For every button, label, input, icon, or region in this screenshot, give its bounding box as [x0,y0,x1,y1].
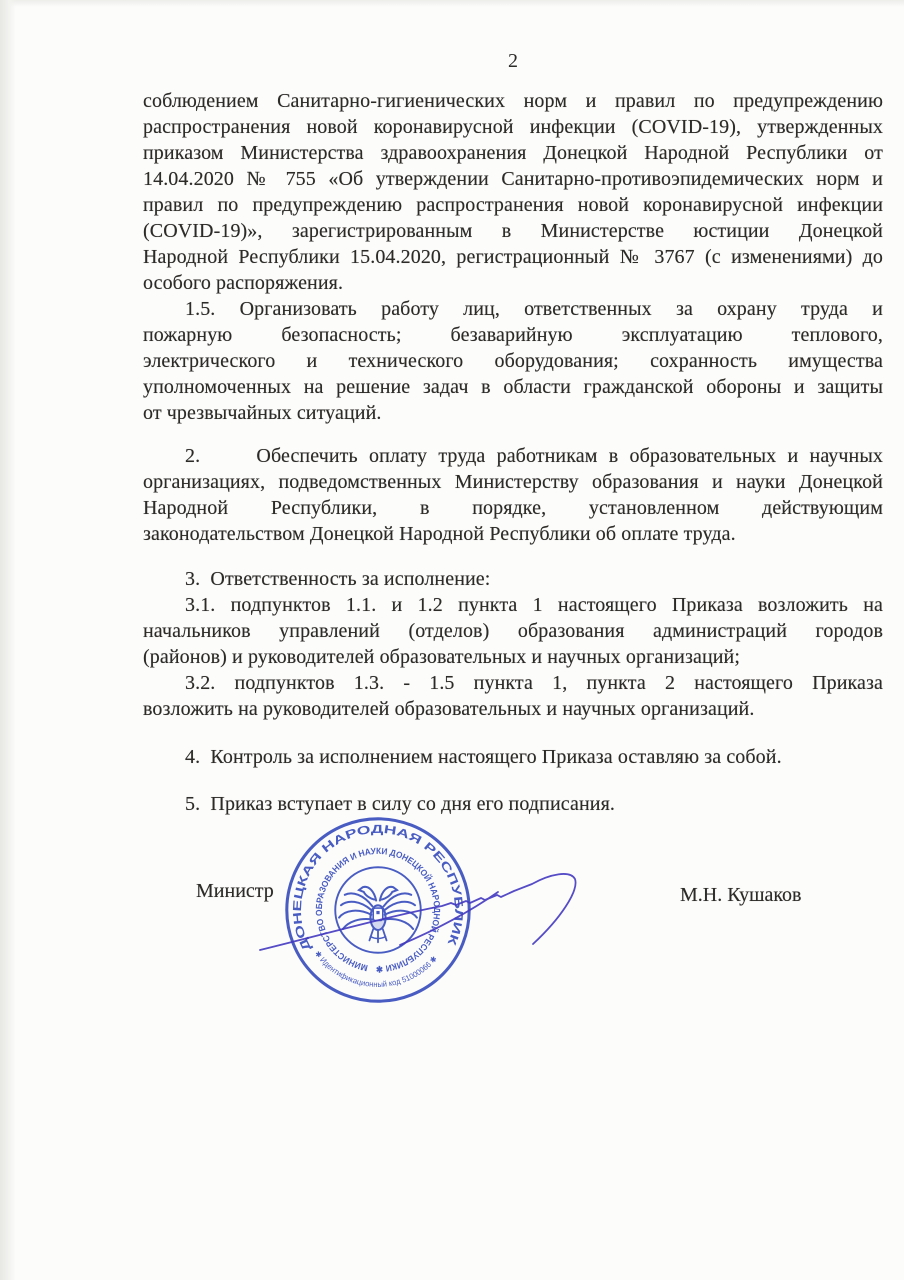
text-line: 2. Обеспечить оплату труда работникам в … [143,443,883,469]
scan-edge-left [0,0,16,1280]
text-line: соблюдением Санитарно-гигиенических норм… [143,88,883,114]
signature-main-stroke [260,874,576,950]
text-line: 4. Контроль за исполнением настоящего Пр… [143,744,883,770]
text-line: начальников управлений (отделов) образов… [143,618,883,644]
scanned-document-page: 2 соблюдением Санитарно-гигиенических но… [0,0,904,1280]
text-line: уполномоченных на решение задач в област… [143,374,883,400]
paragraph: 3.1. подпунктов 1.1. и 1.2 пункта 1 наст… [143,592,883,670]
text-line: 3.2. подпунктов 1.3. - 1.5 пункта 1, пун… [143,670,883,696]
text-line: пожарную безопасность; безаварийную эксп… [143,322,883,348]
text-line: Народной Республики 15.04.2020, регистра… [143,244,883,270]
text-line: 14.04.2020 № 755 «Об утверждении Санитар… [143,166,883,192]
text-line: (районов) и руководителей образовательны… [143,644,883,670]
text-line: от чрезвычайных ситуаций. [143,400,883,426]
text-line: организациях, подведомственных Министерс… [143,469,883,495]
text-line: электрического и технического оборудован… [143,348,883,374]
signer-name: М.Н. Кушаков [680,884,801,907]
text-line: возложить на руководителей образовательн… [143,696,883,722]
scan-edge-top [0,0,904,7]
page-number: 2 [143,50,883,73]
paragraph: 1.5. Организовать работу лиц, ответствен… [143,296,883,426]
text-line: особого распоряжения. [143,270,883,296]
paragraph: 3.2. подпунктов 1.3. - 1.5 пункта 1, пун… [143,670,883,722]
paragraph: 5. Приказ вступает в силу со дня его под… [143,791,883,817]
text-line: Народной Республики, в порядке, установл… [143,495,883,521]
paragraph: соблюдением Санитарно-гигиенических норм… [143,88,883,296]
text-line: 3.1. подпунктов 1.1. и 1.2 пункта 1 наст… [143,592,883,618]
text-line: 5. Приказ вступает в силу со дня его под… [143,791,883,817]
text-line: приказом Министерства здравоохранения До… [143,140,883,166]
document-body: соблюдением Санитарно-гигиенических норм… [143,88,883,817]
text-line: законодательством Донецкой Народной Респ… [143,521,883,547]
text-line: 3. Ответственность за исполнение: [143,566,883,592]
handwritten-signature [230,846,600,961]
paragraph: 3. Ответственность за исполнение: [143,566,883,592]
text-line: 1.5. Организовать работу лиц, ответствен… [143,296,883,322]
paragraph: 4. Контроль за исполнением настоящего Пр… [143,744,883,770]
text-line: правил по предупреждению распространения… [143,192,883,218]
paragraph: 2. Обеспечить оплату труда работникам в … [143,443,883,547]
text-line: (COVID-19)», зарегистрированным в Минист… [143,218,883,244]
text-line: распространения новой коронавирусной инф… [143,114,883,140]
